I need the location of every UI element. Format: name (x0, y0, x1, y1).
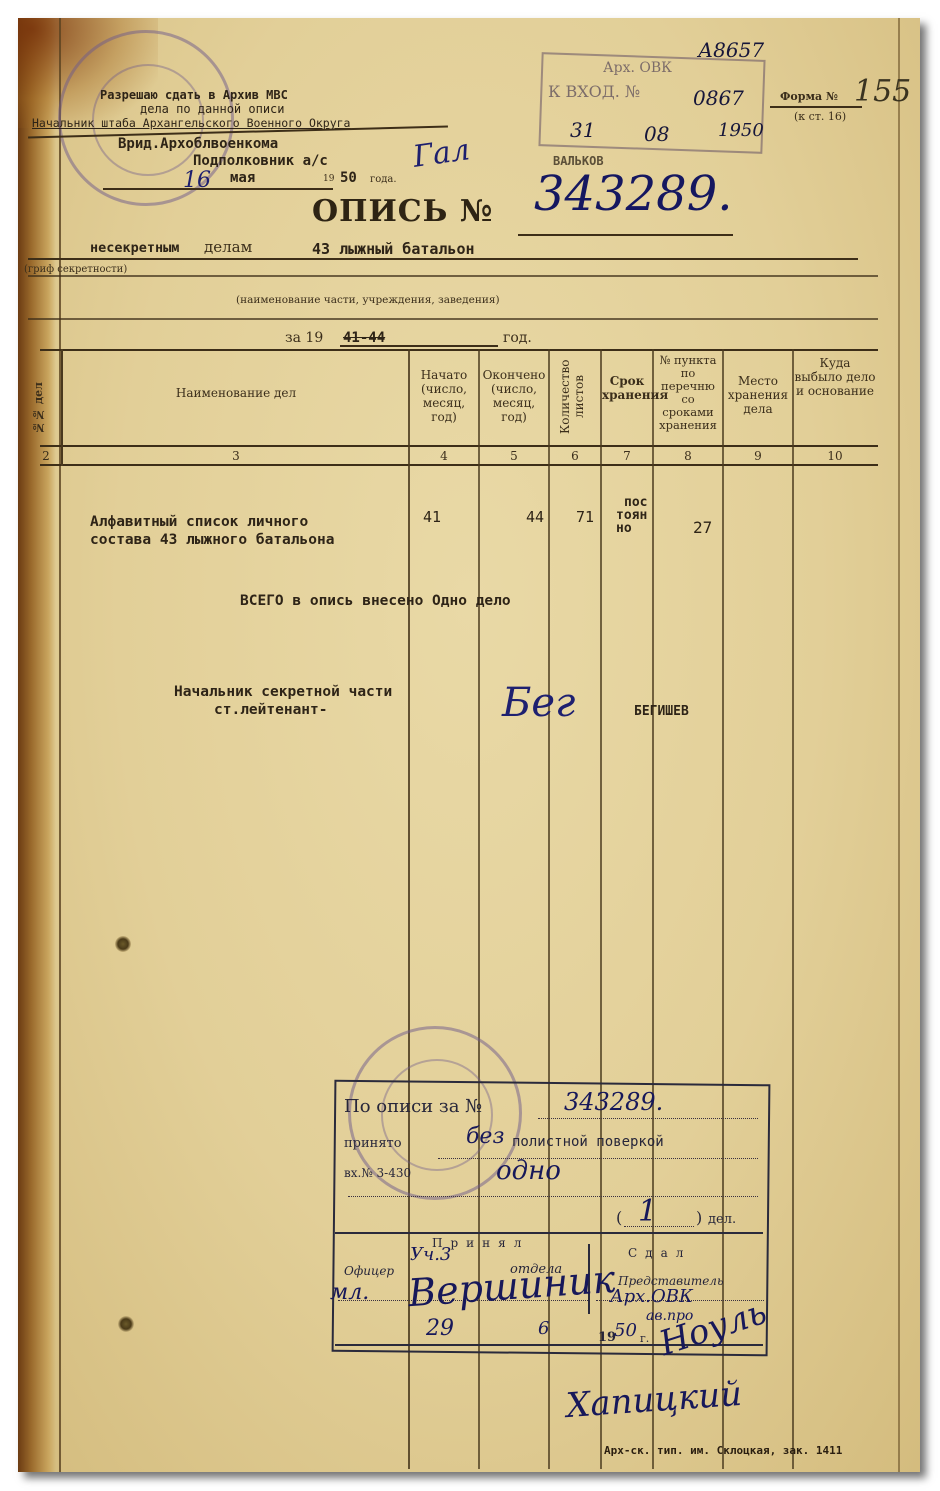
period-years: 41-44 (343, 330, 385, 346)
row-end: 44 (526, 508, 544, 526)
col-num-5: 5 (480, 449, 548, 463)
header-col-end: Окончено (число, месяц, год) (480, 368, 548, 424)
dotted-line (538, 1118, 758, 1119)
col-num-9: 9 (724, 449, 792, 463)
bottom-signature: Хапицкий (565, 1374, 743, 1426)
period-suffix: год. (503, 330, 532, 346)
col-divider (792, 349, 794, 1469)
dotted-line (438, 1158, 758, 1159)
form-underline (770, 106, 862, 108)
approval-line-5: Подполковник а/с (193, 153, 328, 169)
header-col-retention: Срок хранения (602, 374, 652, 402)
binding-spine (18, 18, 56, 1472)
margin-line (59, 18, 61, 1472)
approval-date-day: 16 (183, 168, 211, 193)
table-number-row-border (40, 464, 878, 466)
incoming-number-top: А8657 (698, 38, 764, 62)
signer-name: БЕГИШЕВ (634, 704, 689, 719)
approval-date-month: мая (230, 170, 255, 186)
punch-hole (118, 1316, 134, 1332)
approval-line-3: Начальник штаба Архангельского Военного … (32, 116, 351, 130)
receipt-count-close: ) (696, 1208, 702, 1227)
right-margin-line (898, 18, 900, 1472)
receipt-count-value: 1 (638, 1194, 657, 1229)
receipt-line-2-label: полистной поверкой (512, 1134, 664, 1150)
col-num-4: 4 (410, 449, 478, 463)
header-col-start: Начато (число, месяц, год) (410, 368, 478, 424)
row-start: 41 (423, 508, 441, 526)
approval-line-2: дела по данной описи (140, 102, 285, 116)
form-number-value: 155 (854, 74, 911, 109)
classification-suffix: делам (204, 238, 252, 256)
col-divider (61, 349, 63, 466)
incoming-stamp-line-1: Арх. ОВК (603, 60, 672, 76)
row-retention-3: но (616, 522, 632, 535)
receipt-dept-hand: Уч.3 (410, 1244, 451, 1265)
col-num-6: 6 (550, 449, 600, 463)
approval-line-4: Врид.Архоблвоенкома (118, 136, 278, 152)
dotted-line (348, 1196, 758, 1197)
approval-signature: Гал (411, 132, 472, 175)
approval-line-1: Разрешаю сдать в Архив МВС (100, 88, 288, 102)
approval-date-year: 50 (340, 170, 357, 186)
table-header-divider (40, 445, 878, 447)
classification-value: несекретным (90, 240, 179, 256)
document-page: Разрешаю сдать в Архив МВС дела по данно… (18, 18, 920, 1472)
receipt-line-3-hand: одно (496, 1156, 561, 1186)
col-num-8: 8 (654, 449, 722, 463)
receipt-line-3-prefix: вх.№ 3-430 (344, 1166, 411, 1180)
receipt-line-1-label: По описи за № (344, 1096, 482, 1117)
col-num-10: 10 (794, 449, 876, 463)
incoming-number: 0867 (693, 86, 744, 110)
receipt-rep-hand: Арх.ОВК (610, 1286, 693, 1307)
form-number-label: Форма № (780, 90, 838, 103)
receipt-inventory-number: 343289. (564, 1088, 663, 1116)
inventory-number: 343289. (534, 166, 733, 222)
incoming-date-month: 08 (644, 122, 669, 146)
signer-title-line-1: Начальник секретной части (174, 684, 392, 700)
total-summary: ВСЕГО в опись внесено Одно дело (240, 593, 511, 609)
col-num-7: 7 (602, 449, 652, 463)
period-prefix: за 19 (285, 330, 323, 346)
title-underline (518, 234, 733, 236)
classification-line (28, 258, 858, 260)
receipt-rank-hand: мл. (330, 1280, 369, 1305)
receipt-count-suffix: дел. (708, 1212, 736, 1227)
form-sub-label: (к ст. 16) (794, 110, 846, 123)
receipt-count-open: ( (616, 1208, 622, 1227)
header-col-item-no: № пункта по перечню со сроками хранения (654, 354, 722, 432)
receipt-line-2-hand: без (466, 1124, 504, 1149)
page-title: ОПИСЬ № (312, 194, 494, 229)
header-col-sheets: Количество листов (558, 354, 588, 440)
col-num-2: 2 (32, 449, 60, 463)
incoming-stamp-line-2: К ВХОД. № (548, 82, 640, 101)
signer-title-line-2: ст.лейтенант- (214, 702, 328, 718)
row-item-no: 27 (693, 518, 712, 537)
classification-caption: (гриф секретности) (24, 264, 127, 275)
dotted-line (624, 1226, 694, 1227)
unit-name: 43 лыжный батальон (312, 240, 475, 258)
header-col-num: №№ дел (32, 378, 56, 438)
date-line (103, 188, 333, 190)
approval-date-suffix: года. (370, 174, 397, 185)
receipt-date-day: 29 (426, 1316, 454, 1341)
row-sheets: 71 (576, 508, 594, 526)
header-col-location: Место хранения дела (724, 374, 792, 416)
approval-date-year-prefix: 19 (323, 174, 334, 184)
header-col-name: Наименование дел (64, 386, 408, 400)
rule-line (28, 275, 878, 277)
rule-line (28, 318, 878, 320)
receipt-date-year: 50 (614, 1320, 637, 1341)
table-top-border (40, 349, 878, 351)
unit-caption: (наименование части, учреждения, заведен… (236, 294, 500, 306)
period-underline (340, 345, 498, 347)
header-col-disposition: Куда выбыло дело и основание (794, 356, 876, 398)
printer-imprint: Арх-ск. тип. им. Склоцкая, зак. 1411 (604, 1444, 842, 1457)
incoming-date-year: 1950 (718, 120, 764, 141)
row-name-line-1: Алфавитный список личного (90, 514, 308, 530)
punch-hole (115, 936, 131, 952)
signer-signature: Бег (502, 680, 575, 726)
row-name-line-2: состава 43 лыжного батальона (90, 532, 334, 548)
receipt-officer-label: Офицер (344, 1264, 394, 1278)
col-num-3: 3 (64, 449, 408, 463)
receipt-divider (335, 1232, 763, 1234)
receipt-date-month: 6 (538, 1318, 549, 1339)
receipt-handed-label: Сдал (628, 1246, 691, 1260)
receipt-line-2-prefix: принято (344, 1136, 402, 1151)
incoming-date-day: 31 (570, 118, 595, 142)
